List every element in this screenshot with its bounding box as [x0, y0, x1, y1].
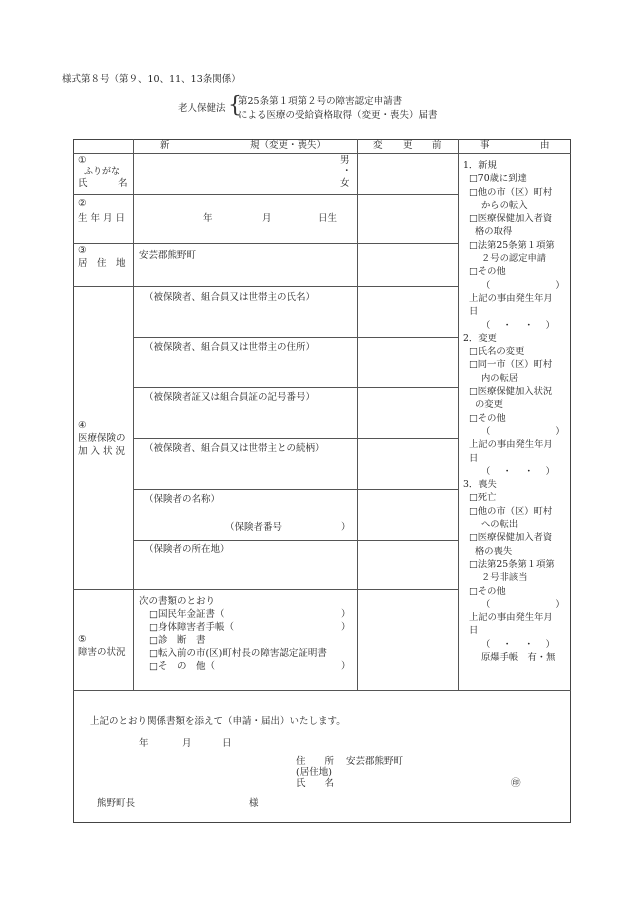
gender-female[interactable]: 女 [340, 178, 350, 190]
gender-separator: ・ [342, 166, 352, 178]
row-birth-number: ② [78, 198, 87, 210]
reason-acquire-insurance[interactable]: □医療保健加入者資 [463, 212, 569, 225]
form-number: 様式第８号（第９、10、11、13条関係） [62, 74, 241, 86]
reason-death[interactable]: □死亡 [463, 491, 569, 504]
header-new-left: 新 [160, 140, 170, 152]
checkbox-prior-municipality-certificate[interactable]: □転入前の市(区)町村長の障害認定証明書 [149, 648, 327, 660]
name-label-a: 氏 [78, 178, 88, 190]
honorific: 様 [249, 798, 259, 810]
birth-before-field[interactable] [359, 196, 456, 241]
birth-day-label: 日生 [318, 213, 337, 225]
title-law: 老人保健法 [178, 103, 226, 115]
reason-change-other[interactable]: □その他 [463, 412, 569, 425]
reason-art25-application[interactable]: □法第25条第１項第 [463, 239, 569, 252]
insurance-card-number-field[interactable]: （被保険者証又は組合員証の記号番号） [144, 392, 315, 404]
row-disability-number: ⑤ [78, 634, 87, 646]
checkbox-disability-handbook[interactable]: □身体障害者手帳（ [149, 622, 234, 634]
reason-art25-not-applicable[interactable]: □法第25条第１項第 [463, 558, 569, 571]
seal-mark: ㊞ [511, 778, 521, 790]
header-reason-2: 由 [540, 140, 550, 152]
reason-loss-other[interactable]: □その他 [463, 585, 569, 598]
insurance-label-2: 加 入 状 況 [78, 446, 125, 458]
checkbox-pension-certificate[interactable]: □国民年金証書（ [149, 609, 224, 621]
addressee: 熊野町長 [97, 798, 135, 810]
birth-month-label: 月 [262, 213, 272, 225]
declaration-statement: 上記のとおり関係書類を添えて（申請・届出）いたします。 [90, 716, 346, 728]
row-insurance-number: ④ [78, 420, 87, 432]
checkbox-other[interactable]: □そ の 他（ [149, 661, 215, 673]
reason-change-heading: 2．変更 [463, 332, 569, 345]
birth-year-label: 年 [203, 213, 213, 225]
header-reason-1: 事 [480, 140, 490, 152]
title-line1: 第25条第１項第２号の障害認定申請書 [238, 96, 402, 108]
other-close: ） [341, 661, 351, 673]
insurer-name-field[interactable]: （保険者の名称） [144, 494, 220, 506]
reason-list: 1．新規 □70歳に到達 □他の市（区）町村 からの転入 □医療保健加入者資 格… [463, 159, 569, 664]
reason-age-70[interactable]: □70歳に到達 [463, 172, 569, 185]
reason-new-heading: 1．新規 [463, 159, 569, 172]
reason-new-other-input[interactable]: （ ） [463, 279, 569, 292]
name-input[interactable] [135, 155, 335, 192]
residence-label: 居 住 地 [78, 258, 126, 270]
insurance-before-field[interactable] [359, 288, 456, 587]
reason-loss-heading: 3．喪失 [463, 478, 569, 491]
name-label-b: 名 [118, 178, 128, 190]
reason-name-change[interactable]: □氏名の変更 [463, 345, 569, 358]
reason-loss-date-input[interactable]: （ ・ ・ ） [463, 638, 569, 651]
pension-close: ） [341, 609, 351, 621]
atomic-bomb-handbook[interactable]: 原爆手帳 有・無 [463, 651, 569, 664]
footer-name-label: 氏 名 [296, 778, 334, 790]
footer-address-value[interactable]: 安芸郡熊野町 [346, 756, 403, 768]
insurer-number-label[interactable]: （保険者番号 [225, 522, 282, 534]
insured-address-field[interactable]: （被保険者、組合員又は世帯主の住所） [144, 342, 315, 354]
reason-new-date-input[interactable]: （ ・ ・ ） [463, 319, 569, 332]
reason-change-date-input[interactable]: （ ・ ・ ） [463, 465, 569, 478]
reason-new-other[interactable]: □その他 [463, 265, 569, 278]
disability-before-field[interactable] [359, 591, 456, 688]
insurer-number-close: ） [341, 522, 351, 534]
footer-year-label[interactable]: 年 [139, 738, 149, 750]
relationship-field[interactable]: （被保険者、組合員又は世帯主との続柄） [144, 443, 325, 455]
disability-label: 障害の状況 [78, 647, 126, 659]
checkbox-medical-certificate[interactable]: □診 断 書 [149, 635, 205, 647]
reason-loss-other-input[interactable]: （ ） [463, 598, 569, 611]
footer-name-input[interactable] [346, 776, 506, 790]
reason-transfer-out[interactable]: □他の市（区）町村 [463, 505, 569, 518]
birth-label: 生 年 月 日 [78, 213, 125, 225]
reason-move-within[interactable]: □同一市（区）町村 [463, 358, 569, 371]
name-before-field[interactable] [359, 155, 456, 192]
handbook-close: ） [341, 622, 351, 634]
header-before-1: 変 [373, 140, 383, 152]
header-new-right: 規（変更・喪失） [250, 140, 326, 152]
header-before-2: 更 [403, 140, 413, 152]
row-residence-number: ③ [78, 245, 87, 257]
title-line2: による医療の受給資格取得（変更・喪失）届書 [238, 110, 438, 122]
reason-transfer-in[interactable]: □他の市（区）町村 [463, 186, 569, 199]
footer-day-label[interactable]: 日 [222, 738, 232, 750]
insured-name-field[interactable]: （被保険者、組合員又は世帯主の氏名） [144, 292, 315, 304]
residence-before-field[interactable] [359, 245, 456, 284]
reason-insurance-change[interactable]: □医療保健加入状況 [463, 385, 569, 398]
disability-intro: 次の書類のとおり [139, 596, 215, 608]
furigana-label: ふりがな [84, 166, 120, 178]
residence-input[interactable]: 安芸郡熊野町 [139, 250, 196, 262]
insurer-address-field[interactable]: （保険者の所在地） [144, 544, 230, 556]
reason-lose-insurance[interactable]: □医療保健加入者資 [463, 531, 569, 544]
footer-month-label[interactable]: 月 [182, 738, 192, 750]
header-before-3: 前 [432, 140, 442, 152]
reason-change-other-input[interactable]: （ ） [463, 425, 569, 438]
insurance-label-1: 医療保険の [78, 433, 126, 445]
